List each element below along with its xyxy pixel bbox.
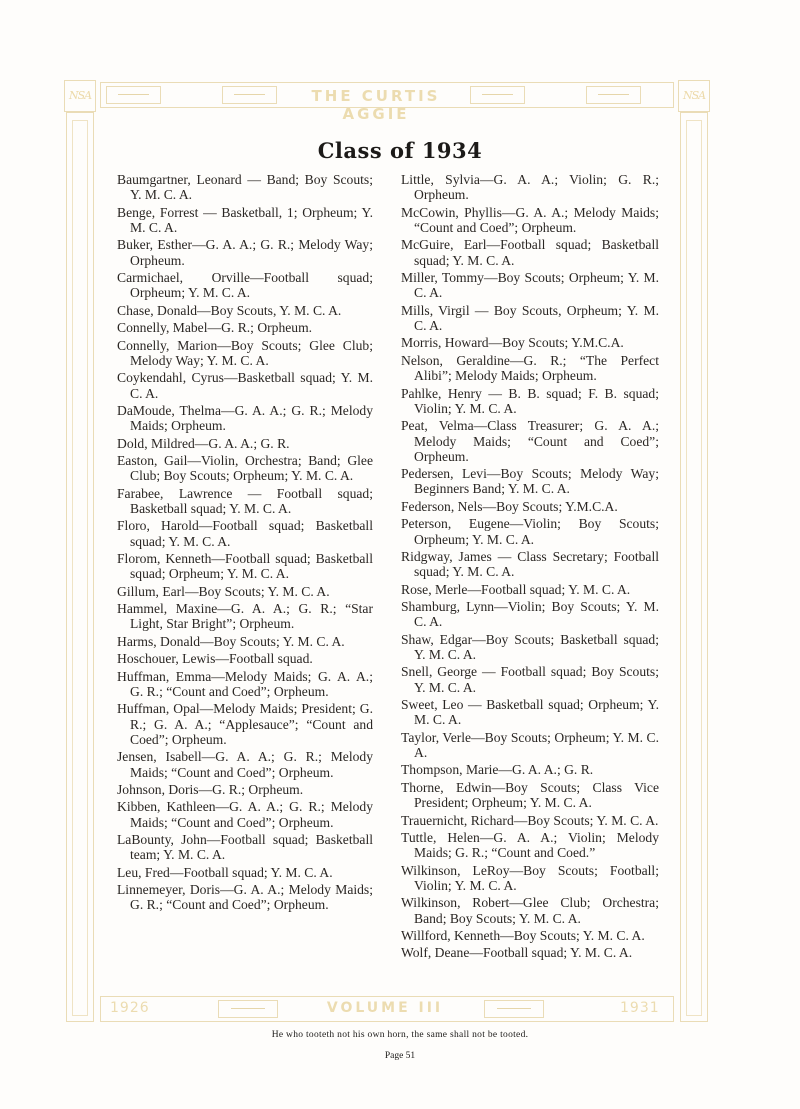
student-entry: Benge, Forrest — Basketball, 1; Orpheum;… — [117, 205, 373, 236]
monogram-top-right: NSA — [678, 80, 710, 112]
footer-year-end: 1931 — [620, 1000, 660, 1016]
student-entry: Federson, Nels—Boy Scouts; Y.M.C.A. — [401, 499, 659, 514]
student-entry: Wilkinson, Robert—Glee Club; Orchestra; … — [401, 895, 659, 926]
student-entry: Shamburg, Lynn—Violin; Boy Scouts; Y. M.… — [401, 599, 659, 630]
student-entry: Willford, Kenneth—Boy Scouts; Y. M. C. A… — [401, 928, 659, 943]
student-entry: Hoschouer, Lewis—Football squad. — [117, 651, 373, 666]
student-entry: Snell, George — Football squad; Boy Scou… — [401, 664, 659, 695]
student-entry: Nelson, Geraldine—G. R.; “The Perfect Al… — [401, 353, 659, 384]
student-entry: Florom, Kenneth—Football squad; Basketba… — [117, 551, 373, 582]
right-column: Little, Sylvia—G. A. A.; Violin; G. R.; … — [401, 172, 659, 963]
student-entry: Shaw, Edgar—Boy Scouts; Basketball squad… — [401, 632, 659, 663]
header-ornament — [470, 86, 525, 104]
student-entry: Floro, Harold—Football squad; Basketball… — [117, 518, 373, 549]
student-entry: Coykendahl, Cyrus—Basketball squad; Y. M… — [117, 370, 373, 401]
left-column: Baumgartner, Leonard — Band; Boy Scouts;… — [117, 172, 373, 915]
student-entry: Easton, Gail—Violin, Orchestra; Band; Gl… — [117, 453, 373, 484]
footer-motto: He who tooteth not his own horn, the sam… — [0, 1030, 800, 1040]
student-entry: Peterson, Eugene—Violin; Boy Scouts; Orp… — [401, 516, 659, 547]
header-ornament — [222, 86, 277, 104]
student-entry: Mills, Virgil — Boy Scouts, Orpheum; Y. … — [401, 303, 659, 334]
student-entry: Peat, Velma—Class Treasurer; G. A. A.; M… — [401, 418, 659, 464]
student-entry: Trauernicht, Richard—Boy Scouts; Y. M. C… — [401, 813, 659, 828]
header-ornament — [586, 86, 641, 104]
student-entry: Leu, Fred—Football squad; Y. M. C. A. — [117, 865, 373, 880]
student-entry: Farabee, Lawrence — Football squad; Bask… — [117, 486, 373, 517]
student-entry: Huffman, Emma—Melody Maids; G. A. A.; G.… — [117, 669, 373, 700]
student-entry: Linnemeyer, Doris—G. A. A.; Melody Maids… — [117, 882, 373, 913]
student-entry: Baumgartner, Leonard — Band; Boy Scouts;… — [117, 172, 373, 203]
student-entry: Wolf, Deane—Football squad; Y. M. C. A. — [401, 945, 659, 960]
student-entry: Hammel, Maxine—G. A. A.; G. R.; “Star Li… — [117, 601, 373, 632]
student-entry: Pedersen, Levi—Boy Scouts; Melody Way; B… — [401, 466, 659, 497]
student-entry: McGuire, Earl—Football squad; Basketball… — [401, 237, 659, 268]
student-entry: Connelly, Marion—Boy Scouts; Glee Club; … — [117, 338, 373, 369]
student-entry: Kibben, Kathleen—G. A. A.; G. R.; Melody… — [117, 799, 373, 830]
student-entry: Harms, Donald—Boy Scouts; Y. M. C. A. — [117, 634, 373, 649]
student-entry: Taylor, Verle—Boy Scouts; Orpheum; Y. M.… — [401, 730, 659, 761]
left-pillar-inner — [72, 120, 88, 1016]
student-entry: Gillum, Earl—Boy Scouts; Y. M. C. A. — [117, 584, 373, 599]
header-ornament — [106, 86, 161, 104]
student-entry: Wilkinson, LeRoy—Boy Scouts; Football; V… — [401, 863, 659, 894]
student-entry: Huffman, Opal—Melody Maids; President; G… — [117, 701, 373, 747]
page-number: Page 51 — [0, 1051, 800, 1061]
student-entry: Buker, Esther—G. A. A.; G. R.; Melody Wa… — [117, 237, 373, 268]
student-entry: Sweet, Leo — Basketball squad; Orpheum; … — [401, 697, 659, 728]
right-pillar-inner — [686, 120, 702, 1016]
student-entry: DaMoude, Thelma—G. A. A.; G. R.; Melody … — [117, 403, 373, 434]
student-entry: Connelly, Mabel—G. R.; Orpheum. — [117, 320, 373, 335]
student-entry: Tuttle, Helen—G. A. A.; Violin; Melody M… — [401, 830, 659, 861]
student-entry: Thorne, Edwin—Boy Scouts; Class Vice Pre… — [401, 780, 659, 811]
student-entry: Ridgway, James — Class Secretary; Footba… — [401, 549, 659, 580]
student-entry: Dold, Mildred—G. A. A.; G. R. — [117, 436, 373, 451]
student-entry: Morris, Howard—Boy Scouts; Y.M.C.A. — [401, 335, 659, 350]
footer-ornament — [484, 1000, 544, 1018]
student-entry: Johnson, Doris—G. R.; Orpheum. — [117, 782, 373, 797]
page-title: Class of 1934 — [0, 138, 800, 163]
student-entry: McCowin, Phyllis—G. A. A.; Melody Maids;… — [401, 205, 659, 236]
student-entry: LaBounty, John—Football squad; Basketbal… — [117, 832, 373, 863]
banner-title: THE CURTIS AGGIE — [286, 87, 466, 123]
footer-ornament — [218, 1000, 278, 1018]
student-entry: Rose, Merle—Football squad; Y. M. C. A. — [401, 582, 659, 597]
student-entry: Chase, Donald—Boy Scouts, Y. M. C. A. — [117, 303, 373, 318]
student-entry: Miller, Tommy—Boy Scouts; Orpheum; Y. M.… — [401, 270, 659, 301]
student-entry: Pahlke, Henry — B. B. squad; F. B. squad… — [401, 386, 659, 417]
monogram-top-left: NSA — [64, 80, 96, 112]
footer-volume: VOLUME III — [300, 1000, 470, 1016]
footer-year-start: 1926 — [110, 1000, 150, 1016]
student-entry: Thompson, Marie—G. A. A.; G. R. — [401, 762, 659, 777]
student-entry: Jensen, Isabell—G. A. A.; G. R.; Melody … — [117, 749, 373, 780]
student-entry: Little, Sylvia—G. A. A.; Violin; G. R.; … — [401, 172, 659, 203]
student-entry: Carmichael, Orville—Football squad; Orph… — [117, 270, 373, 301]
